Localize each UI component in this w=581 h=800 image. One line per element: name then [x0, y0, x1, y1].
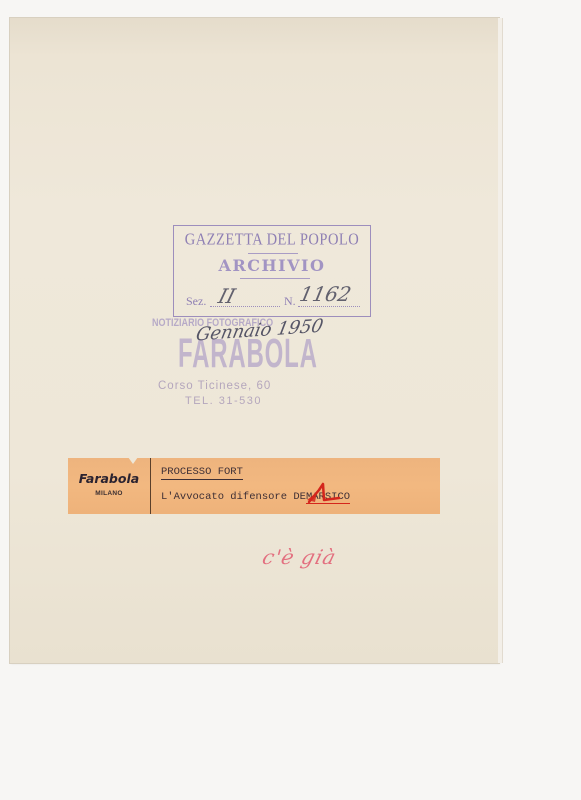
stamp-divider: [240, 278, 310, 279]
page-edge: [498, 18, 503, 663]
agency-stamp-phone: TEL. 31-530: [185, 395, 262, 407]
number-value: 1162: [297, 282, 353, 306]
photo-back-page: GAZZETTA DEL POPOLO ARCHIVIO Sez. II N. …: [10, 18, 499, 663]
section-value: II: [216, 284, 238, 308]
caption-prefix: L'Avvocato difensore: [161, 491, 293, 503]
label-divider: [150, 458, 151, 514]
archive-stamp-title: GAZZETTA DEL POPOLO: [174, 231, 370, 251]
caption-title: PROCESSO FORT: [161, 466, 243, 480]
label-brand: Farabola: [68, 471, 150, 486]
handwritten-annotation: c'è già: [260, 545, 339, 569]
red-correction-mark-icon: [305, 480, 345, 508]
label-tear-notch: [128, 457, 138, 464]
label-city: MILANO: [68, 490, 150, 497]
number-label: N.: [284, 294, 296, 309]
stamp-divider: [248, 253, 298, 254]
archive-stamp: GAZZETTA DEL POPOLO ARCHIVIO Sez. II N. …: [173, 225, 371, 317]
agency-stamp-address: Corso Ticinese, 60: [158, 380, 271, 392]
section-label: Sez.: [186, 294, 206, 309]
number-dotted-line: [298, 306, 360, 307]
caption-label: Farabola MILANO PROCESSO FORT L'Avvocato…: [68, 458, 440, 514]
archive-stamp-subtitle: ARCHIVIO: [174, 256, 370, 275]
